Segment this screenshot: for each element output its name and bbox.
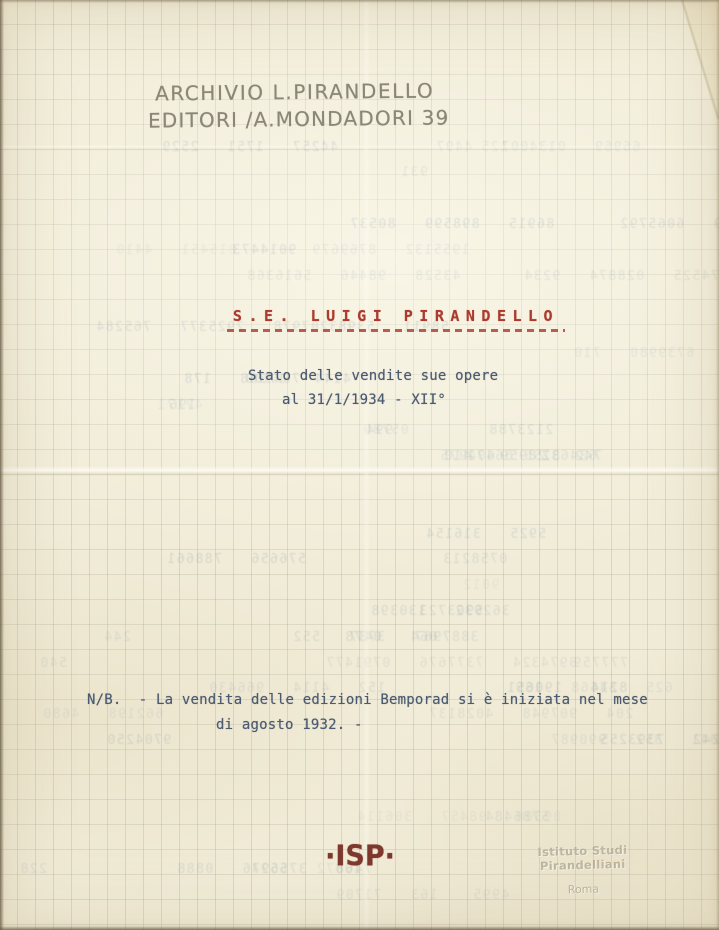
title-underline-dashes — [227, 329, 565, 332]
scan-edge-top — [0, 0, 719, 3]
bleedthrough-ghost-text: 44257 1751 252912566969 0134007 44979318… — [0, 0, 719, 930]
subtitle-line-1: Stato delle vendite sue opere — [248, 368, 498, 384]
subtitle-line-2: al 31/1/1934 - XII° — [282, 392, 446, 408]
scanned-document-page: 44257 1751 252912566969 0134007 44979318… — [0, 0, 719, 930]
corner-fold-line — [681, 0, 719, 119]
note-line-1: N/B. - La vendita delle edizioni Bempora… — [87, 692, 648, 708]
embossed-stamp-line-2: Roma — [498, 881, 668, 898]
handwritten-archive-line: ARCHIVIO L.PIRANDELLO — [155, 79, 435, 106]
embossed-institute-stamp: Istituto Studi Pirandelliani Roma — [497, 842, 668, 898]
document-title: S.E. LUIGI PIRANDELLO — [226, 307, 566, 325]
corner-fold — [683, 0, 719, 118]
scan-edge-bottom — [0, 926, 719, 930]
vertical-fold-crease — [363, 0, 370, 930]
isp-ink-stamp: ·ISP· — [318, 840, 402, 873]
handwritten-editor-line: EDITORI /A.MONDADORI 39 — [148, 105, 450, 132]
note-line-2: di agosto 1932. - — [216, 717, 363, 733]
scan-edge-left — [0, 0, 4, 930]
horizontal-crease — [0, 145, 719, 151]
horizontal-fold-crease — [0, 466, 719, 476]
embossed-stamp-line-1: Istituto Studi Pirandelliani — [497, 842, 668, 874]
